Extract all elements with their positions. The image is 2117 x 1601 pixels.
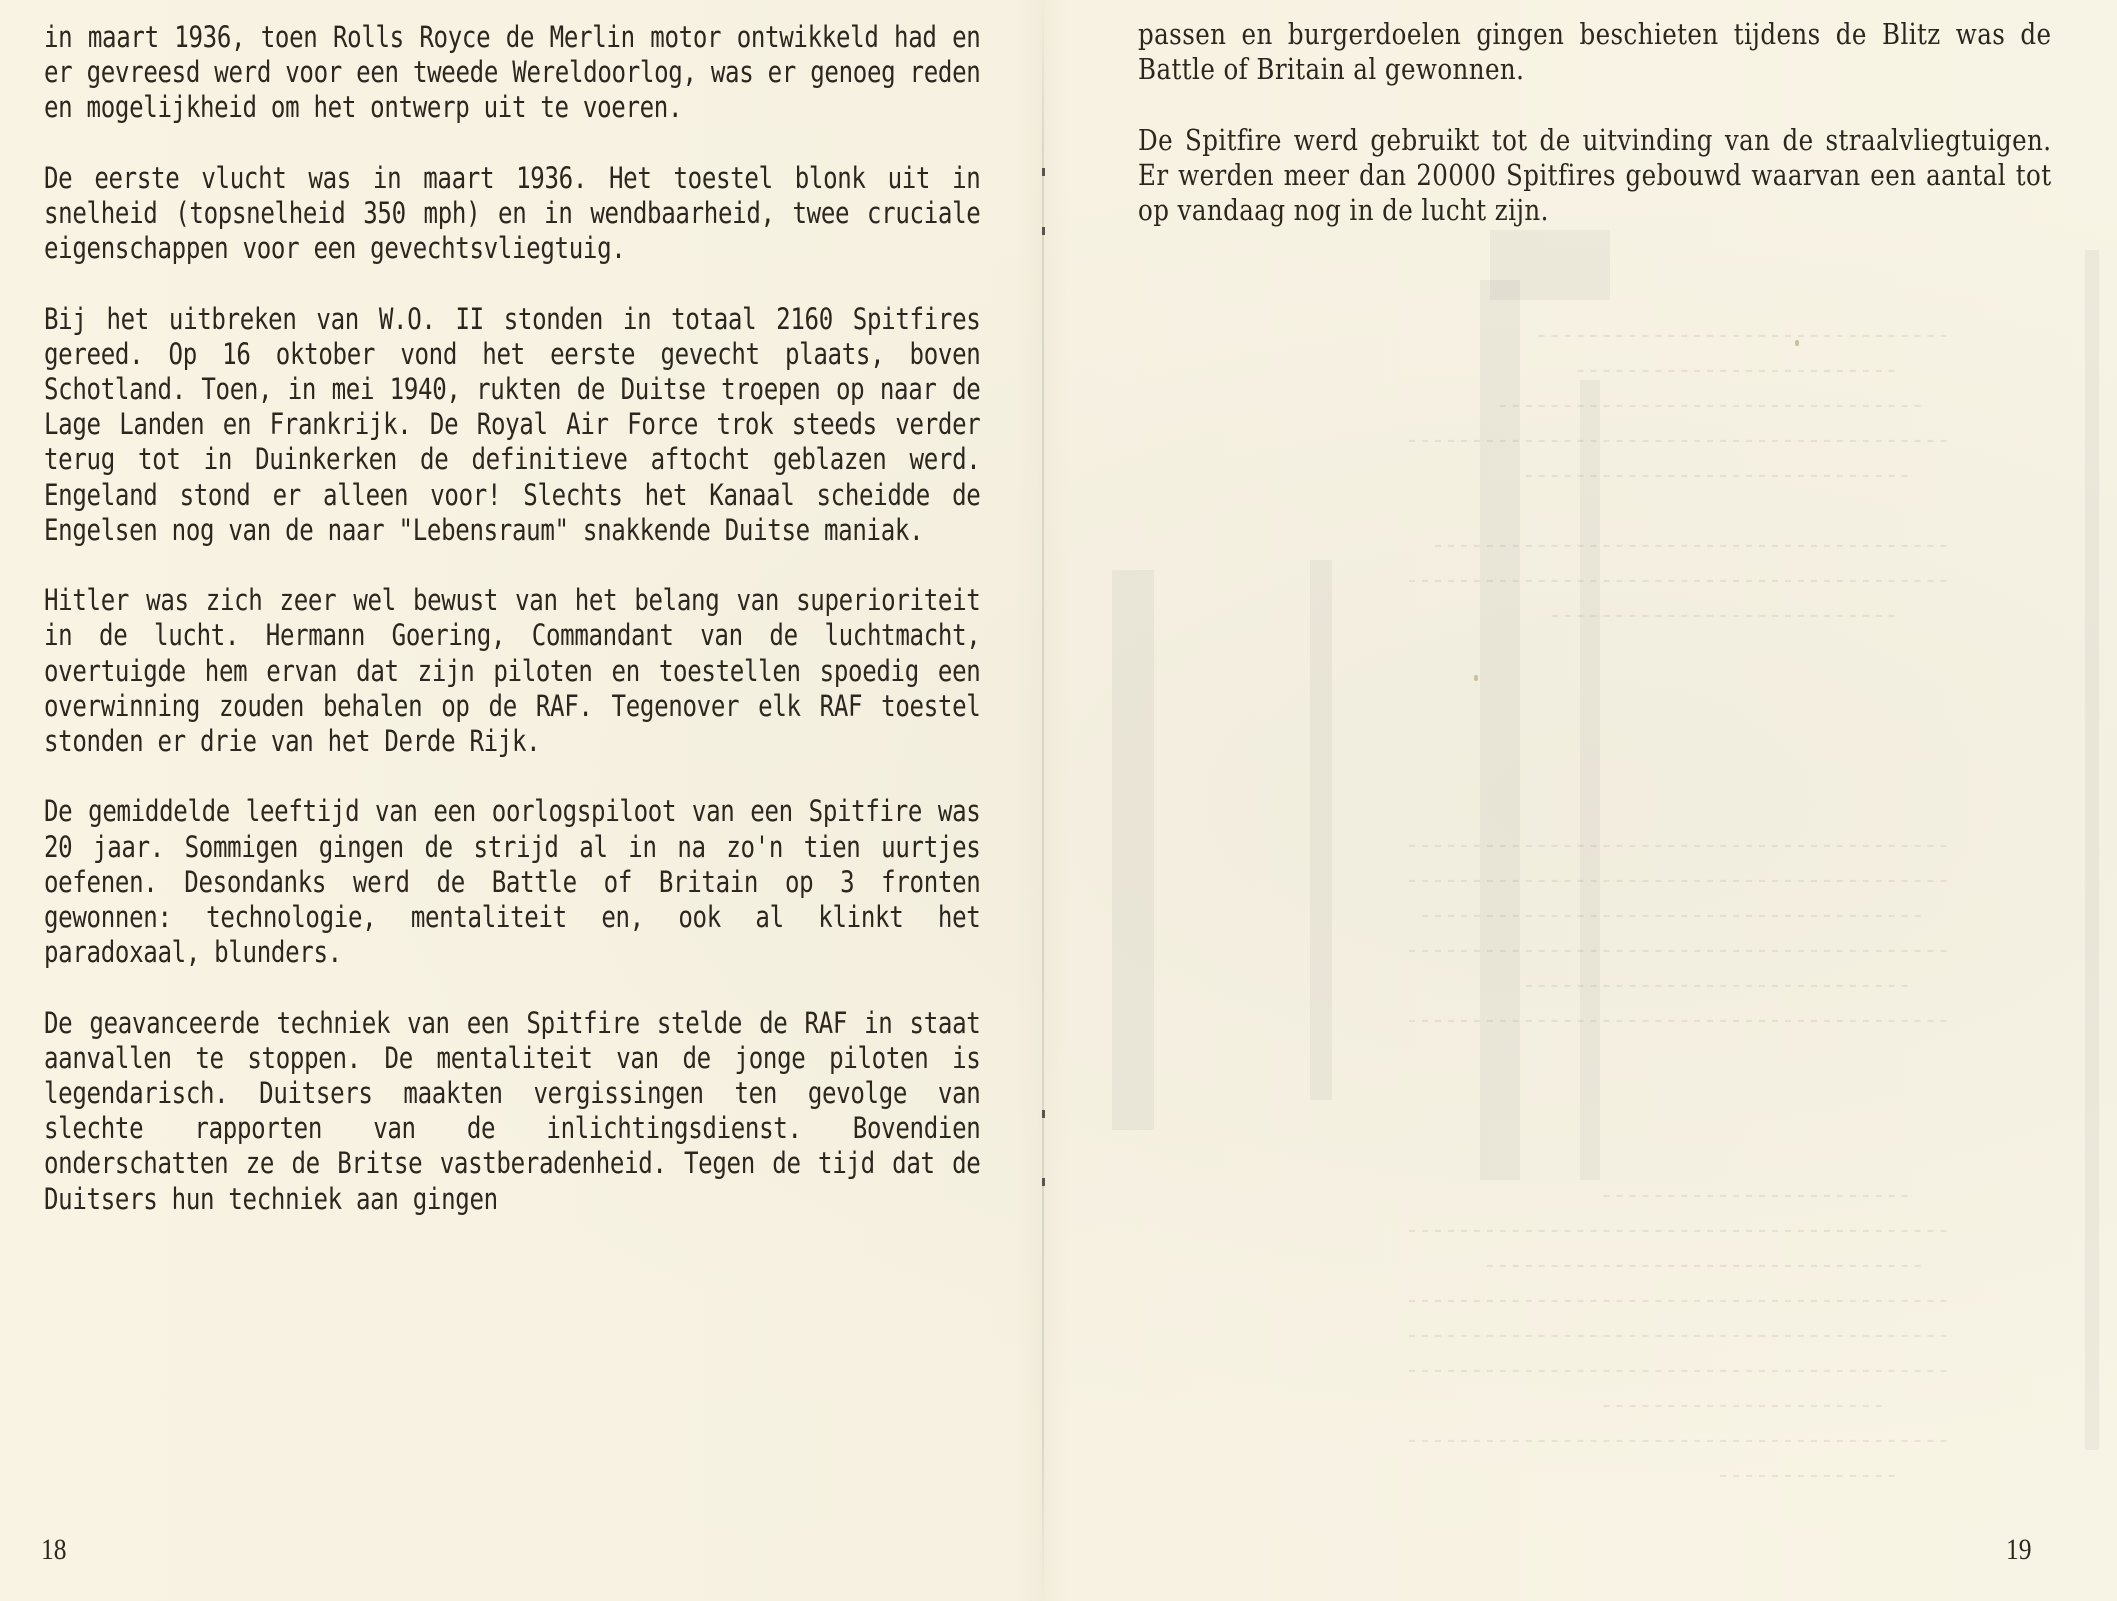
paragraph: De geavanceerde techniek van een Spitfir… [44, 1006, 980, 1217]
paragraph: in maart 1936, toen Rolls Royce de Merli… [44, 20, 980, 126]
paragraph: Bij het uitbreken van W.O. II stonden in… [44, 302, 980, 548]
paragraph: De eerste vlucht was in maart 1936. Het … [44, 161, 980, 267]
booklet-spread: -------------------------------- -------… [0, 0, 2117, 1601]
page-gutter [1042, 0, 1044, 1601]
paragraph: Hitler was zich zeer wel bewust van het … [44, 583, 980, 759]
staple [1042, 168, 1045, 176]
paragraph: passen en burgerdoelen gingen beschieten… [1138, 17, 2051, 87]
page-number: 19 [2006, 1533, 2032, 1567]
left-page: in maart 1936, toen Rolls Royce de Merli… [0, 0, 1040, 1601]
left-page-body: in maart 1936, toen Rolls Royce de Merli… [44, 20, 980, 1252]
staple [1042, 1110, 1045, 1118]
right-page-body: passen en burgerdoelen gingen beschieten… [1138, 17, 2051, 263]
paragraph: De Spitfire werd gebruikt tot de uitvind… [1138, 123, 2051, 229]
staple [1042, 1178, 1045, 1186]
paragraph: De gemiddelde leeftijd van een oorlogspi… [44, 794, 980, 970]
staple [1042, 227, 1045, 235]
right-page: passen en burgerdoelen gingen beschieten… [1046, 0, 2117, 1601]
page-number: 18 [41, 1533, 67, 1567]
